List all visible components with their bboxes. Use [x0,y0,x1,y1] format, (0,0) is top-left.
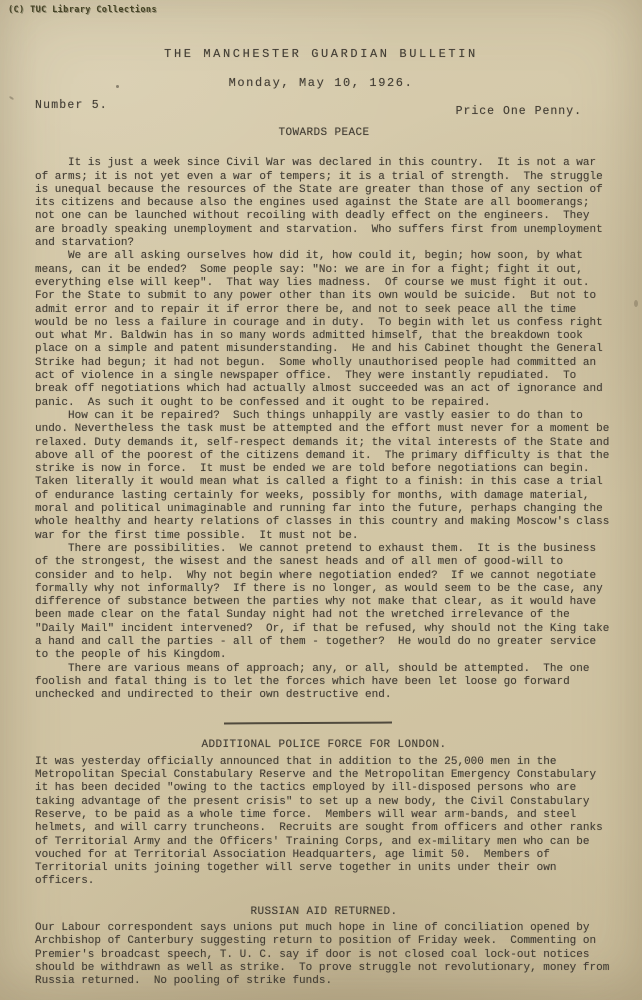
section-heading: RUSSIAN AID RETURNED. [35,906,613,919]
document-title: THE MANCHESTER GUARDIAN BULLETIN [0,47,642,61]
document-page: (C) TUC Library Collections THE MANCHEST… [0,0,642,1000]
paragraph: It is just a week since Civil War was de… [35,157,613,250]
section-divider [224,722,392,725]
ink-speck [9,96,14,101]
issue-number: Number 5. [35,99,108,112]
library-watermark: (C) TUC Library Collections [8,5,157,15]
section-heading: ADDITIONAL POLICE FORCE FOR LONDON. [35,739,613,752]
paragraph: There are various means of approach; any… [35,663,613,703]
document-body: TOWARDS PEACEIt is just a week since Civ… [35,127,613,989]
ink-speck [634,300,638,307]
document-date: Monday, May 10, 1926. [0,76,642,90]
price-label: Price One Penny. [456,105,582,118]
paragraph: How can it be repaired? Such things unha… [35,410,613,543]
paragraph: There are possibilities. We cannot prete… [35,543,613,663]
paragraph: Our Labour correspondent says unions put… [35,922,613,988]
paragraph: It was yesterday officially announced th… [35,756,613,889]
section-heading: TOWARDS PEACE [35,127,613,140]
paragraph: We are all asking ourselves how did it, … [35,250,613,410]
